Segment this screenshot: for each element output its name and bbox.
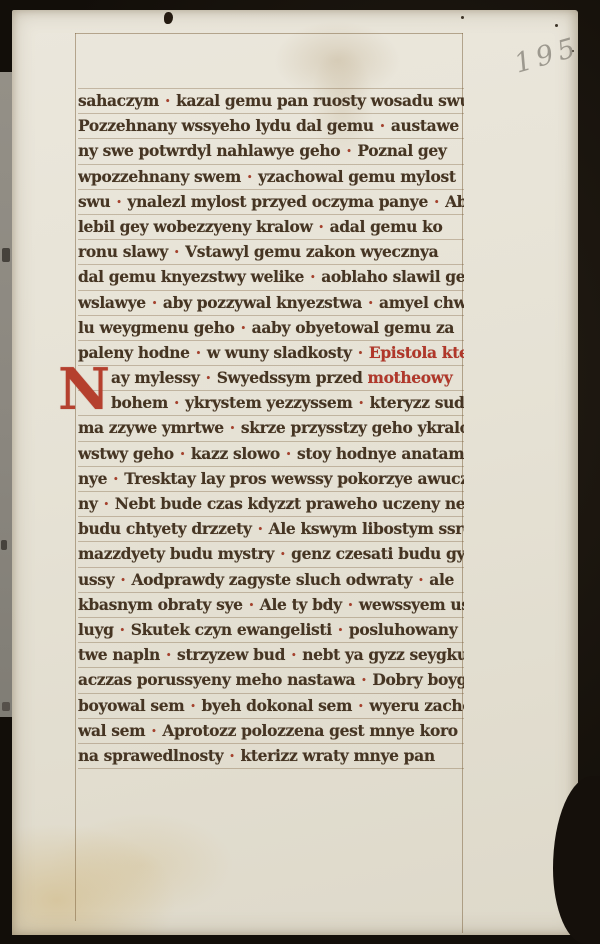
word-separator-dot: · <box>318 217 325 236</box>
body-text: wslawye <box>78 293 151 312</box>
body-text: nye <box>78 469 112 488</box>
body-text: ykrystem yezzyssem <box>180 393 357 412</box>
body-text: ny <box>78 494 103 513</box>
manuscript-line-3: ny swe potwrdyl nahlawye geho · Poznal g… <box>78 139 464 164</box>
manuscript-line-26: wal sem · Aprotozz polozzena gest mnye k… <box>78 719 464 744</box>
body-text: Poznal gey <box>352 141 446 160</box>
body-text: swu <box>78 192 115 211</box>
word-separator-dot: · <box>179 444 186 463</box>
body-text: sahaczym <box>78 91 164 110</box>
ink-stain <box>164 12 173 24</box>
body-text: Abe <box>440 192 464 211</box>
body-text: Aprotozz polozzena gest mnye koro <box>157 721 457 740</box>
word-separator-dot: · <box>103 494 110 513</box>
under-page-mark <box>2 702 10 711</box>
rubric-text: Epistola ktey <box>369 343 464 362</box>
body-text: skrze przysstzy geho ykralo <box>236 418 464 437</box>
body-text: wpozzehnany swem <box>78 167 246 186</box>
body-text: bohem <box>111 393 173 412</box>
under-page-mark <box>1 540 7 550</box>
manuscript-line-15: wstwy geho · kazz slowo · stoy hodnye an… <box>78 442 464 467</box>
body-text: adal gemu ko <box>325 217 443 236</box>
manuscript-line-24: aczzas porussyeny meho nastawa · Dobry b… <box>78 668 464 693</box>
word-separator-dot: · <box>358 393 365 412</box>
manuscript-line-11: paleny hodne · w wuny sladkosty · Episto… <box>78 341 464 366</box>
body-text: Pozzehnany wssyeho lydu dal gemu <box>78 116 379 135</box>
body-text: Tresktay lay pros wewssy pokorzye awuczy… <box>119 469 464 488</box>
body-text: aczzas porussyeny meho nastawa <box>78 670 360 689</box>
ruling-left-margin-line <box>75 33 76 921</box>
word-separator-dot: · <box>151 293 158 312</box>
body-text: kazal gemu pan ruosty wosadu swu <box>171 91 464 110</box>
word-separator-dot: · <box>337 620 344 639</box>
manuscript-line-27: na sprawedlnosty · kterizz wraty mnye pa… <box>78 744 464 769</box>
manuscript-line-9: wslawye · aby pozzywal knyezstwa · amyel… <box>78 291 464 316</box>
body-text: Skutek czyn ewangelisti <box>126 620 337 639</box>
body-text: na sprawedlnosty <box>78 746 228 765</box>
body-text: twe napln <box>78 645 165 664</box>
body-text: Vstawyl gemu zakon wyecznya <box>180 242 438 261</box>
manuscript-line-16: nye · Tresktay lay pros wewssy pokorzye … <box>78 467 464 492</box>
manuscript-line-18: budu chtyety drzzety · Ale kswym libosty… <box>78 517 464 542</box>
manuscript-line-6: lebil gey wobezzyeny kralow · adal gemu … <box>78 215 464 240</box>
word-separator-dot: · <box>173 242 180 261</box>
body-text: kazz slowo <box>186 444 285 463</box>
body-text: aaby obyetowal gemu za <box>247 318 455 337</box>
body-text: boyowal sem <box>78 696 189 715</box>
parchment-page: 195 N sahaczym · kazal gemu pan ruosty w… <box>12 10 578 935</box>
body-text: austawe <box>386 116 459 135</box>
body-text: lebil gey wobezzyeny kralow <box>78 217 318 236</box>
body-text: aby pozzywal knyezstwa <box>158 293 367 312</box>
word-separator-dot: · <box>367 293 374 312</box>
word-separator-dot: · <box>257 519 264 538</box>
body-text: w wuny sladkosty <box>202 343 357 362</box>
body-text: amyel chwa <box>374 293 464 312</box>
word-separator-dot: · <box>173 393 180 412</box>
body-text: ronu slawy <box>78 242 173 261</box>
body-text: mazzdyety budu mystry <box>78 544 279 563</box>
body-text: strzyzew bud <box>172 645 290 664</box>
word-separator-dot: · <box>229 418 236 437</box>
word-separator-dot: · <box>347 595 354 614</box>
body-text: aoblaho slawil gey <box>316 267 464 286</box>
text-block: N sahaczym · kazal gemu pan ruosty wosad… <box>78 88 464 769</box>
manuscript-line-10: lu weygmenu geho · aaby obyetowal gemu z… <box>78 316 464 341</box>
body-text: byeh dokonal sem <box>196 696 357 715</box>
manuscript-line-20: ussy · Aodprawdy zagyste sluch odwraty ·… <box>78 568 464 593</box>
body-text: Dobry boyg <box>367 670 464 689</box>
rubric-text: motheowy <box>368 368 453 387</box>
word-separator-dot: · <box>164 91 171 110</box>
body-text: Ale ty bdy <box>255 595 347 614</box>
body-text: budu chtyety drzzety <box>78 519 257 538</box>
manuscript-line-1: sahaczym · kazal gemu pan ruosty wosadu … <box>78 89 464 114</box>
manuscript-line-17: ny · Nebt bude czas kdyzzt praweho uczen… <box>78 492 464 517</box>
body-text: Ale kswym libostym ssro <box>264 519 464 538</box>
manuscript-line-14: ma zzywe ymrtwe · skrze przysstzy geho y… <box>78 416 464 441</box>
word-separator-dot: · <box>285 444 292 463</box>
manuscript-line-19: mazzdyety budu mystry · genz czesati bud… <box>78 542 464 567</box>
word-separator-dot: · <box>119 620 126 639</box>
speck <box>461 16 464 19</box>
body-text: yzachowal gemu mylost <box>253 167 456 186</box>
drop-initial-letter: N <box>58 367 106 419</box>
speck <box>555 24 558 27</box>
manuscript-line-8: dal gemu knyezstwy welike · aoblaho slaw… <box>78 265 464 290</box>
word-separator-dot: · <box>240 318 247 337</box>
body-text: stoy hodnye anatam <box>292 444 464 463</box>
body-text: wstwy geho <box>78 444 179 463</box>
body-text: kteryzz sudyti <box>365 393 464 412</box>
word-separator-dot: · <box>357 343 364 362</box>
body-text: wal sem <box>78 721 150 740</box>
body-text: ussy <box>78 570 119 589</box>
word-separator-dot: · <box>248 595 255 614</box>
manuscript-photo-background: 195 N sahaczym · kazal gemu pan ruosty w… <box>0 0 600 944</box>
body-text: kterizz wraty mnye pan <box>235 746 434 765</box>
body-text: ny swe potwrdyl nahlawye geho <box>78 141 345 160</box>
manuscript-line-22: luyg · Skutek czyn ewangelisti · posluho… <box>78 618 464 643</box>
body-text: nebt ya gyzz seygku <box>297 645 464 664</box>
manuscript-line-23: twe napln · strzyzew bud · nebt ya gyzz … <box>78 643 464 668</box>
body-text: Nebt bude czas kdyzzt praweho uczeny ne <box>110 494 464 513</box>
manuscript-line-4: wpozzehnany swem · yzachowal gemu mylost <box>78 165 464 190</box>
body-text: dal gemu knyezstwy welike <box>78 267 309 286</box>
word-separator-dot: · <box>165 645 172 664</box>
body-text: wyeru zacho <box>364 696 464 715</box>
under-page-mark <box>2 248 10 262</box>
body-text: luyg <box>78 620 119 639</box>
body-text: genz czesati budu gym <box>286 544 464 563</box>
word-separator-dot: · <box>205 368 212 387</box>
body-text: Swyedssym przed <box>212 368 368 387</box>
manuscript-line-7: ronu slawy · Vstawyl gemu zakon wyecznya <box>78 240 464 265</box>
word-separator-dot: · <box>379 116 386 135</box>
manuscript-line-13: bohem · ykrystem yezzyssem · kteryzz sud… <box>78 391 464 416</box>
manuscript-line-25: boyowal sem · byeh dokonal sem · wyeru z… <box>78 694 464 719</box>
body-text: ynalezl mylost przyed oczyma panye <box>122 192 433 211</box>
body-text: lu weygmenu geho <box>78 318 240 337</box>
manuscript-line-21: kbasnym obraty sye · Ale ty bdy · wewssy… <box>78 593 464 618</box>
body-text: wewssyem usl <box>354 595 464 614</box>
body-text: ay mylessy <box>111 368 205 387</box>
ruling-top-line <box>75 33 463 34</box>
body-text: Aodprawdy zagyste sluch odwraty <box>126 570 417 589</box>
body-text: ale <box>424 570 454 589</box>
word-separator-dot: · <box>195 343 202 362</box>
manuscript-line-5: swu · ynalezl mylost przyed oczyma panye… <box>78 190 464 215</box>
manuscript-line-12: ay mylessy · Swyedssym przed motheowy <box>78 366 464 391</box>
body-text: posluhowany <box>344 620 458 639</box>
word-separator-dot: · <box>433 192 440 211</box>
body-text: kbasnym obraty sye <box>78 595 248 614</box>
folio-number-pencil: 195 <box>511 31 584 79</box>
manuscript-line-2: Pozzehnany wssyeho lydu dal gemu · austa… <box>78 114 464 139</box>
